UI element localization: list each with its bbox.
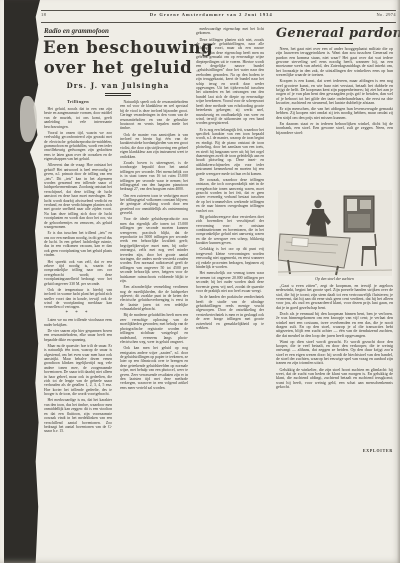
cartoon-caption: Op den stoel der zuchten bbox=[276, 277, 393, 281]
headline-line-1: Een beschouwing bbox=[43, 38, 193, 58]
feuilleton-text-top: Neen, het gaat niet over een of ander ho… bbox=[276, 47, 393, 188]
column-3-text: merkwaardige eigenschap met het licht ge… bbox=[196, 27, 264, 330]
feuilleton-title: Generaal pardon bbox=[276, 27, 393, 41]
header-rule-top bbox=[41, 10, 396, 11]
paragraph: merkwaardige eigenschap met het licht ge… bbox=[196, 27, 264, 36]
paragraph: Ook de temperatuur is hierbij van invloe… bbox=[44, 288, 112, 310]
cartoon-illustration bbox=[278, 190, 392, 276]
article-headline-block: Een beschouwing over het geluid Drs. J. … bbox=[43, 38, 193, 96]
column-2-text: Natuurlijk speelt ook de resonantiebodem… bbox=[120, 100, 188, 390]
header-rule-bottom bbox=[41, 22, 396, 23]
paragraph: Er is nog een belangrijk feit, waardoor … bbox=[196, 128, 264, 176]
article-byline: Drs. J. van Julsingha bbox=[43, 81, 193, 90]
column-1-text-bottom: Laten we nu een trillende vioolsnaar een… bbox=[44, 318, 112, 434]
paragraph: In de handen der praktische zendtechniek… bbox=[196, 295, 264, 330]
feuilleton-title-rule bbox=[317, 43, 353, 44]
paragraph: Een afzonderlijke vermelding verdienen n… bbox=[120, 285, 188, 311]
section-break-ornament: * * * bbox=[44, 312, 112, 316]
newspaper-page: 18 De Groene Amsterdammer van 2 Juni 193… bbox=[0, 0, 400, 563]
article-column-2: Natuurlijk speelt ook de resonantiebodem… bbox=[120, 100, 188, 460]
paragraph: Koopen is een kunst, dat weet iedereen, … bbox=[276, 79, 393, 105]
paragraph: Natuurlijk speelt ook de resonantiebodem… bbox=[120, 100, 188, 131]
article-kicker: Radio en grammofoon bbox=[44, 27, 109, 37]
paragraph: Bij de moderne geluidsfilm heeft men een… bbox=[120, 313, 188, 344]
paragraph: Maar nu de quaestie: hoe trilt de snaar.… bbox=[44, 344, 112, 397]
feuilleton-column: Generaal pardon Neen, het gaat niet over… bbox=[276, 27, 393, 453]
paragraph: Deze trillingen planten zich niet, zooal… bbox=[196, 38, 264, 126]
paragraph: De vier snaren zijn hier gespannen boven… bbox=[44, 329, 112, 342]
paragraph: „Gaat u even zitten”, zegt de koopman, e… bbox=[276, 284, 393, 310]
paragraph: Ook de manier van aanstrijken is van inv… bbox=[120, 133, 188, 159]
paragraph: Allereerst dan de vraag: Hoe ontstaat he… bbox=[44, 163, 112, 229]
paragraph: Het menschelijk oor vermag tonen waar te… bbox=[196, 271, 264, 293]
paragraph: Neen, het gaat niet over een of ander ho… bbox=[276, 47, 393, 77]
paragraph: Er zijn menschen, die van het afdingen h… bbox=[276, 107, 393, 120]
paragraph: En daarom staat er in iederen behoorlijk… bbox=[276, 122, 393, 135]
page-header: 18 De Groene Amsterdammer van 2 Juni 193… bbox=[41, 12, 396, 17]
paragraph: Doch als je eenmaal bij den koopman binn… bbox=[276, 312, 393, 338]
masthead-title: De Groene Amsterdammer van 2 Juni 1934 bbox=[150, 12, 273, 17]
page-number: 18 bbox=[41, 12, 46, 17]
scan-gutter-shadow bbox=[4, 0, 40, 563]
paragraph: Het spreekt ook van zelf, dat er een zek… bbox=[44, 260, 112, 286]
paragraph: Want op dien stoel wordt gezucht. Er wor… bbox=[276, 340, 393, 366]
paragraph: Ook kan men het geluid op nog eenigszins… bbox=[120, 346, 188, 390]
article-column-1: Trillingen Het geluid, zooals dat in een… bbox=[44, 100, 112, 457]
paragraph: Het geluid, zooals dat in een van zijn b… bbox=[44, 107, 112, 129]
scan-torn-patch bbox=[20, 96, 37, 142]
paragraph: Om een zuiveren toon te verkrijgen moet … bbox=[120, 194, 188, 216]
column-1-text-top: Het geluid, zooals dat in een van zijn b… bbox=[44, 107, 112, 310]
paragraph: Vooral in onzen tijd, waarin we zoo veel… bbox=[44, 131, 112, 162]
section-subheading: Trillingen bbox=[44, 100, 112, 104]
paragraph: Het merkwaardige is nu, dat het karakter… bbox=[44, 398, 112, 433]
byline-rule bbox=[105, 93, 131, 96]
feuilleton-signature: EXPLOITER bbox=[276, 449, 393, 453]
paragraph: Zooals boven is uiteengezet, is de toonh… bbox=[120, 161, 188, 192]
paragraph: Bij geluidsweergave door versterkers doe… bbox=[196, 215, 264, 246]
paragraph: Laten we nu een trillende vioolsnaar een… bbox=[44, 318, 112, 327]
paragraph: Gelukkig de winkelier, die zijn stoel ho… bbox=[276, 368, 393, 390]
issue-number: No. 2974 bbox=[376, 12, 396, 17]
paragraph: Er is dus tusschen het trillend „iets” e… bbox=[44, 231, 112, 257]
headline-line-2: over het geluid bbox=[43, 58, 193, 78]
paragraph: Voor de ideale geluidsreproductie zou me… bbox=[120, 217, 188, 283]
feuilleton-text-bottom: „Gaat u even zitten”, zegt de koopman, e… bbox=[276, 284, 393, 447]
paragraph: De oorzaak, waardoor deze trillingen ont… bbox=[196, 178, 264, 213]
paragraph: Gelukkig is het oor op dit punt vrij toe… bbox=[196, 247, 264, 269]
article-column-3: merkwaardige eigenschap met het licht ge… bbox=[196, 27, 264, 463]
